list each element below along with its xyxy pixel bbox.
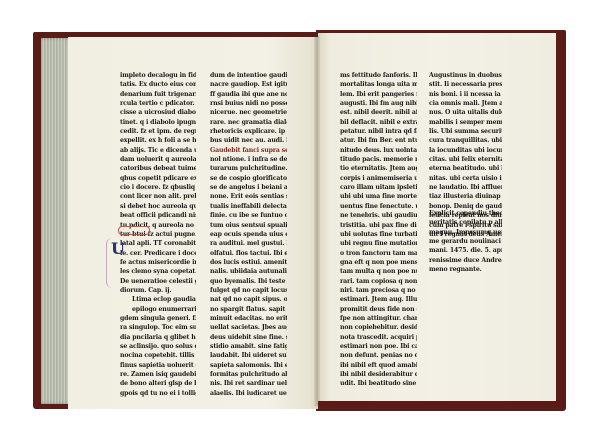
text-line: Augustinus in duobus cons: [429, 71, 502, 80]
text-line: cont licer non alit. prelatis de: [120, 192, 196, 201]
text-line: titudo pacis. memorie ntinua: [340, 155, 417, 164]
text-line: augusti. Ibi fm aug nibil ob: [340, 99, 417, 108]
text-line: udit. Ibi beatitudo sine ne: [340, 379, 417, 388]
text-line: promitit deus fide non capit.: [340, 305, 417, 314]
text-line: gdem singula generi. fz gene: [120, 314, 196, 323]
text-line: se de angelus i beiani affocia: [210, 183, 287, 192]
text-line: est. nibil deerit. nibil affluit ni: [340, 108, 417, 117]
text-line: catoribus debeat tuimede ilf: [120, 164, 196, 173]
text-line: ra singulop. Toc eim sut gau: [120, 323, 196, 332]
text-line: citas. ubi felix eternitas. ubi: [429, 155, 502, 164]
text-line: ibi nibil desiderabitur quod si: [340, 370, 417, 379]
text-line: mortalitas longa uita matusa: [340, 80, 417, 89]
text-line: atur. Ibi fm Ber. ent ntuo ple: [340, 136, 417, 145]
text-line: eap ocuis spenda uius ex tha: [210, 230, 287, 239]
text-line: cia omnis mali. Jtem augusti: [429, 99, 502, 108]
text-line: non defunt. penias no defician.: [340, 351, 417, 360]
rubric-red-mark: [118, 226, 150, 235]
text-line: ab alijs. Tic e dicenda ut q: [120, 146, 196, 155]
text-line: nocina copetebit. tillis quo: [120, 351, 196, 360]
text-line: gna eft q non poe mensurari.: [340, 258, 417, 267]
text-line: nacre gaudiop. Est igitur: [210, 80, 287, 89]
text-line: fulget qd no capit locus. so: [210, 286, 287, 295]
text-line: le. cer. Predicare i docere ms: [120, 249, 196, 258]
text-line: petatur. nibil intra qd fastid: [340, 127, 417, 136]
text-line: tio eternitatis. Jtem aug de: [340, 164, 417, 173]
text-line: none. Erit eois sentias spiri: [210, 192, 287, 201]
text-line: denarium fuit trigenari: [120, 90, 196, 99]
text-line: nat qd no capit sipus. olet qd: [210, 295, 287, 304]
text-line: corpis i animemiseria uita. O: [340, 174, 417, 183]
text-line: Ltima eclop gaudia sub: [120, 295, 196, 304]
text-line: formitas pulchritudo absalo: [210, 370, 287, 379]
text-line: nitas. ubi certa uisio i fine si: [429, 174, 502, 183]
illuminated-initial-u: U: [111, 241, 124, 257]
text-line: nis. Ibi ret sardinar uelocitas: [210, 379, 287, 388]
text-line: de bono alteri glsp de bono: [120, 379, 196, 388]
text-line: la iocunditas ubi iocunda feli: [429, 146, 502, 155]
text-line: nis boni. i ii ncessa ia abst: [429, 90, 502, 99]
text-line: uellat sacietas. Jbes aug. Ibi: [210, 323, 287, 332]
text-line: rcula tertio c pdicator. q. pfe: [120, 99, 196, 108]
text-line: non copiebebitur. desideria i: [340, 323, 417, 332]
text-line: mabilis i semper memorab: [429, 118, 502, 127]
text-line: estimari non poe. Ibi carentia: [340, 342, 417, 351]
text-line: nol ntione. i infra se de crea: [210, 155, 287, 164]
text-line: rnsi buius nidi no possent ex: [210, 99, 287, 108]
text-line: dos lucis estiui. amenitas uer: [210, 258, 287, 267]
text-line: niri. tam preciosa q no poeft: [340, 286, 417, 295]
text-line: estimari. Jtem aug. Illud qd: [340, 295, 417, 304]
text-line: gpois qd tu no ei i tolligar: [120, 389, 196, 398]
text-line: rare. nec gramatia dialecici er: [210, 118, 287, 127]
text-line: ms fettitudo fanforis. Ibi ert: [340, 71, 417, 80]
text-line: Gaudebit fanci supra se ip: [210, 146, 287, 155]
text-line: turarum pulchritudine. intra: [210, 164, 287, 173]
text-line: caro illam uitam ipsleti debo: [340, 183, 417, 192]
text-line: stidio amabit. sine fatigatione: [210, 342, 287, 351]
text-line: olfatui. flos tactui. Ibi erit ci: [210, 249, 287, 258]
text-line: minuit edacitas. no erit qd di: [210, 314, 287, 323]
text-line: se aclinsijo. quo solus dei: [120, 342, 196, 351]
text-line: ubi ubi uma fine morte. ubi iu: [340, 192, 417, 201]
text-line: deus uidebit sine fine. sine fa: [210, 333, 287, 342]
text-line: meno regnante.: [429, 265, 502, 274]
text-line: cura tranquillitas. ubi tranquil: [429, 136, 502, 145]
text-line: fpe non attingitur. charitate: [340, 314, 417, 323]
text-line: no spargit flatus. sapit qd no: [210, 305, 287, 314]
text-line: bil deflacit. nibil e extra qd ap: [340, 118, 417, 127]
text-line: diorum. Cap. ij.: [120, 286, 196, 295]
text-line: latal apli. TT coronabit nisi q: [120, 239, 196, 248]
text-line: ne tenebris. ubi gaudium fine: [340, 211, 417, 220]
text-line: les clemo syna copetat.: [120, 267, 196, 276]
text-line: se de cospio glorificatoe. extra: [210, 174, 287, 183]
text-line: tatis. Ex ducto eius contami i: [120, 80, 196, 89]
text-line: stit. Ii necessaria presentia om: [429, 80, 502, 89]
text-line: ne laudatio. Ibi affluentia diui: [429, 183, 502, 192]
text-line: nus. O uita uitalis dulcis i a: [429, 108, 502, 117]
text-line: re. Zamen isiq gaudebit glsp: [120, 370, 196, 379]
text-line: ff gaudia ibi que ane notne: [210, 90, 287, 99]
text-line: tam multa q non poe nume: [340, 267, 417, 276]
text-line: ueritatis copilatu p albertu: [429, 218, 502, 227]
text-line: sapieta salomonis. Ibi erit de: [210, 361, 287, 370]
text-line: dam uoluerit q aureola pdi: [120, 155, 196, 164]
text-line: me gerardu nouiinaci de Ilers: [429, 237, 502, 246]
text-line: cedit. fz et ipm. de regno eius: [120, 127, 196, 136]
text-line: fe actus misericordie inf spia: [120, 258, 196, 267]
text-line: magnu. Impssumq uenetijs p: [429, 228, 502, 237]
text-line: beat officii pdicandi nisi ac: [120, 211, 196, 220]
book-gutter: [314, 36, 320, 406]
text-line: De ueneratioe celestii gau: [120, 277, 196, 286]
text-line: mani. 1475. die. 5. aprilis Se: [429, 246, 502, 255]
text-line: ubi uolutas fine turbatione.: [340, 230, 417, 239]
text-line: dia pncilaria q glibet habet i: [120, 333, 196, 342]
text-line: epilogo enumerrari non: [120, 305, 196, 314]
colophon: Explicit copendiu theologiceueritatis co…: [429, 209, 502, 274]
text-line: expellit. ex h foli a se h etiam: [120, 136, 196, 145]
text-line: nalis. ubiidaia autunalis. re: [210, 267, 287, 276]
text-line: rari. tam copiosa q non poe ti: [340, 277, 417, 286]
text-line: lis. Ubi summa securitas. ubi se: [429, 127, 502, 136]
text-line: ra auditui. mel gustui. balsam: [210, 239, 287, 248]
text-line: finus sapietia uoluerit eu fo: [120, 361, 196, 370]
text-line: quo byemalis. Ibi teste aug: [210, 277, 287, 286]
text-line: tristitia. ubi pax fine discordia: [340, 221, 417, 230]
text-line: o tron fanctoru tam ma: [340, 249, 417, 258]
text-line: tualis ineffabili delectatoe re: [210, 202, 287, 211]
text-line: qbus copetit pdicare ex offi: [120, 174, 196, 183]
text-column-2: dum de intentioe gaudij. fz denacre gaud…: [210, 71, 287, 398]
text-line: dum de intentioe gaudij. fz de: [210, 71, 287, 80]
text-line: bus uidit nec au. audi. i cetera.: [210, 136, 287, 145]
text-line: eterna beatitudo. ubi beata ter: [429, 164, 502, 173]
text-line: rhetoricis explicare. ip nec ocu: [210, 127, 287, 136]
text-line: ibi nibil eft quod amabitur dece: [340, 361, 417, 370]
text-line: laudabit. Ibi uideret sublimia: [210, 351, 287, 360]
text-line: cisse a uicrosiud diabolo ob: [120, 108, 196, 117]
text-line: cio i docere. fz qbusliq q er: [120, 183, 196, 192]
text-line: Explicit copendiu theologice: [429, 209, 502, 218]
text-line: si debet hoc aureola quis ba: [120, 202, 196, 211]
text-line: tiaz illusteria diuinap i illustria: [429, 192, 502, 201]
text-line: nota trascedit. acquiri potest.: [340, 333, 417, 342]
text-line: nitudo deus. lux uolntas mul: [340, 146, 417, 155]
text-line: tum oius sentsui spualis. Erit: [210, 221, 287, 230]
text-line: finie. cu ibe se funtuo obiec: [210, 211, 287, 220]
text-line: nicerue. nec geometrie me iu: [210, 108, 287, 117]
text-line: renissime duce Andrea Uedra: [429, 256, 502, 265]
text-line: ubi regnu fine mutatione. Ber.: [340, 239, 417, 248]
text-column-3: ms fettitudo fanforis. Ibi ertmortalitas…: [340, 71, 417, 389]
text-line: impleto decalogu in fide trini: [120, 71, 196, 80]
text-line: uentus fine fenectute. ubi lux si: [340, 202, 417, 211]
text-line: tinet. q i diabolo ipugnati no: [120, 118, 196, 127]
text-line: alaelis. Ibi iudicaret ueltr me: [210, 389, 287, 398]
text-line: lem. Ibi erit pangeries regnas: [340, 90, 417, 99]
